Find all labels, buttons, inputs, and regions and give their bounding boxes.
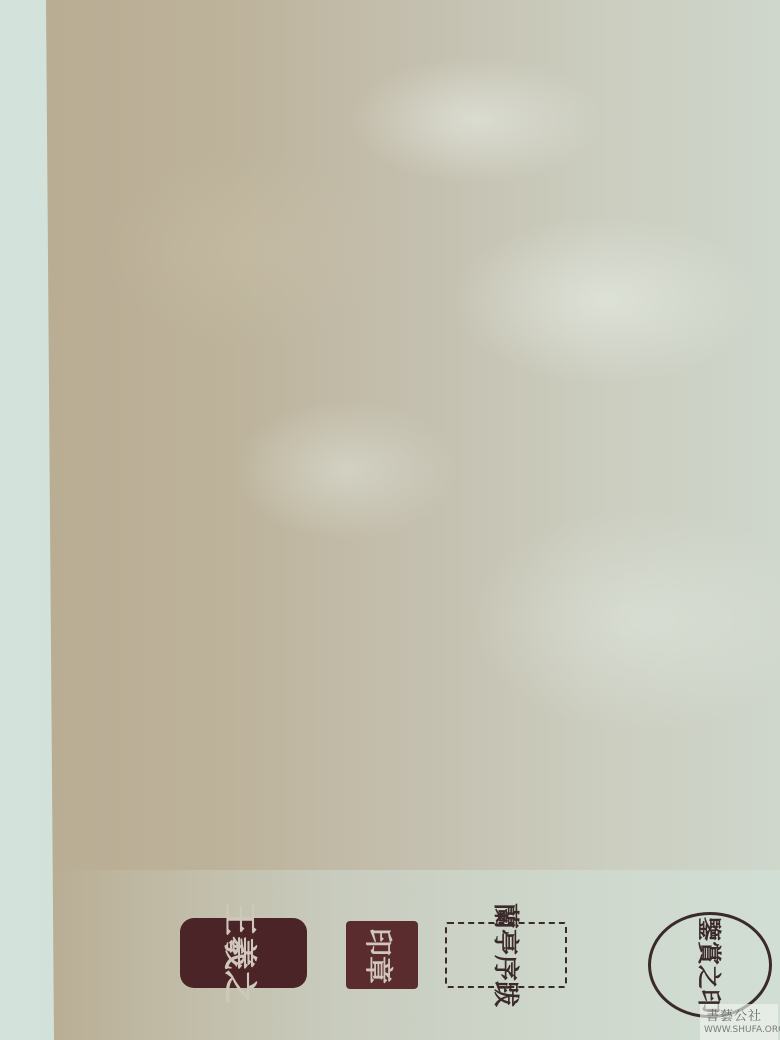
seal-stamp-1: 王羲之 <box>180 918 307 988</box>
seal-stamp-3: 蘭亭序跋 <box>445 922 567 988</box>
seal-3-glyph: 蘭亭序跋 <box>492 903 518 1007</box>
site-watermark: 書藝公社 WWW.SHUFA.ORG <box>700 1004 778 1040</box>
seal-1-glyph: 王羲之 <box>222 902 256 1004</box>
seal-2-glyph: 印章 <box>361 928 395 984</box>
seal-stamp-oval: 鑒賞之印 <box>648 912 772 1018</box>
watermark-url: WWW.SHUFA.ORG <box>704 1025 780 1035</box>
seal-stamp-2: 印章 <box>346 921 418 989</box>
seal-4-glyph: 鑒賞之印 <box>697 917 721 1013</box>
watermark-logo: 書藝公社 <box>706 1005 762 1024</box>
